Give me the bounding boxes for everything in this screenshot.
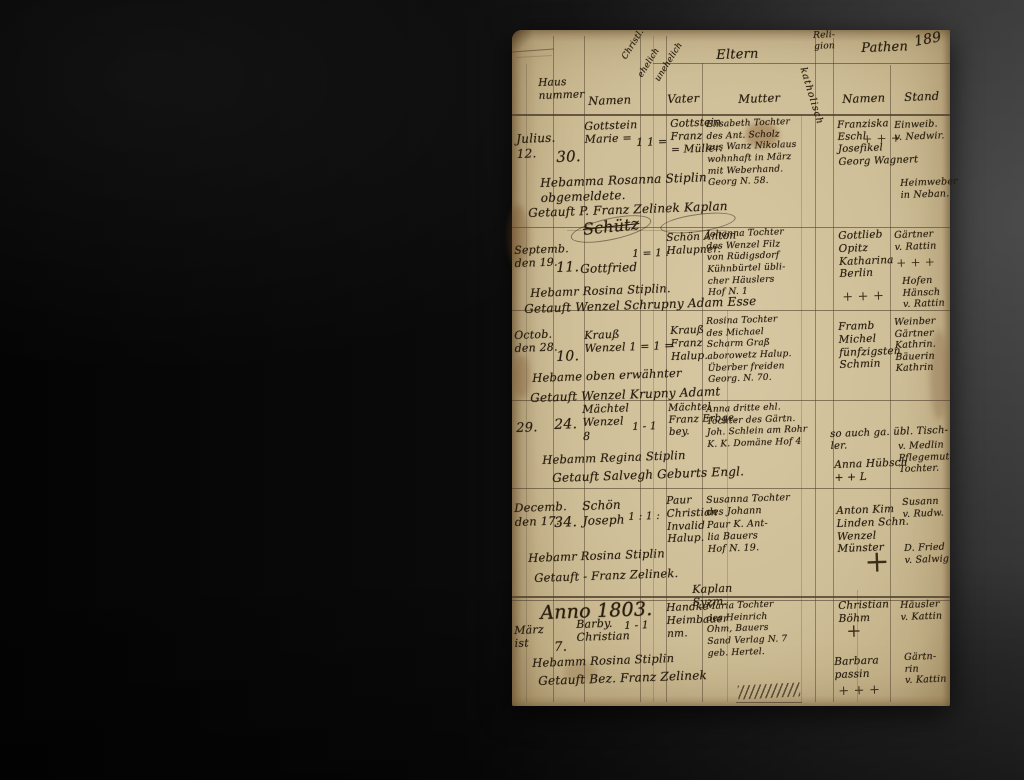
header-religion: Reli- gion <box>809 30 840 53</box>
house-number: 11. <box>556 259 579 277</box>
house-number: 30. <box>556 147 581 166</box>
witness-cross: + <box>846 623 862 640</box>
witness-crosses: + + + <box>842 291 884 304</box>
header-diag-christlich: Christl. <box>620 28 647 62</box>
child-name: Schön Joseph <box>582 498 625 529</box>
ink-flourish <box>738 682 801 699</box>
godparent-stand: Gärtner v. Rattin <box>894 229 937 254</box>
grid-line-horizontal <box>512 114 950 116</box>
entry-date: März ist <box>514 623 545 651</box>
child-name: Mächtel Wenzel 8 <box>582 401 630 443</box>
grid-line-horizontal <box>653 63 950 64</box>
grid-line-vertical <box>833 38 834 702</box>
entry-date: 29. <box>516 420 538 437</box>
godparents-names: Framb Michel fünfzigsten Schmin <box>838 319 901 372</box>
witness-cross: + <box>864 548 890 576</box>
entry-date: Julius. 12. <box>516 131 556 162</box>
child-name: Gottstein Marie = <box>584 118 638 147</box>
father-entry: Krauß Franz Halup. <box>670 324 708 364</box>
child-name: Gottfried <box>580 260 638 277</box>
mother-entry: Maria Tochter des Heinrich Ohm, Bauers S… <box>706 599 788 660</box>
register-page: Eltern Reli- gion katholisch Pathen 189 … <box>512 30 950 706</box>
godparent-stand: Weinber Gärtner Kathrin. Bäuerin Kathrin <box>894 316 937 375</box>
legitimacy-tally: 1 = 1 : <box>632 247 670 261</box>
grid-line-horizontal <box>512 488 950 489</box>
margin-dash <box>516 55 552 58</box>
godparent-stand: Häusler v. Kattin <box>900 599 942 624</box>
header-namen-pathen: Namen <box>842 90 886 106</box>
header-haus-nummer: Haus nummer <box>538 75 585 102</box>
house-number: 10. <box>556 348 579 366</box>
child-name: Barby. Christian <box>576 616 630 645</box>
godparents-names-2: Barbara passin <box>834 654 880 681</box>
header-eltern: Eltern <box>716 47 759 64</box>
godparents-names: Gottlieb Opitz Katharina Berlin <box>838 228 894 281</box>
godparent-stand: Susann v. Rudw. <box>902 496 944 521</box>
godparent-stand-2: Gärtn- rin v. Kattin <box>904 651 947 687</box>
baptism-note: Getauft Salvegh Geburts Engl. <box>552 464 744 485</box>
legitimacy-tally: 1 - 1 <box>632 420 657 434</box>
legitimacy-tally: 1 - 1 <box>624 619 649 633</box>
photo-background: { "page_number": "189", "header": { "elt… <box>0 0 1024 780</box>
house-number: 34. <box>554 514 577 532</box>
godparents-names-2: Anna Hübsch + + L <box>834 456 908 484</box>
grid-line-vertical <box>815 38 816 702</box>
header-mutter: Mutter <box>738 91 780 106</box>
paper-stain <box>514 355 530 399</box>
witness-crosses: + + + <box>896 257 935 269</box>
mother-entry: Rosina Tochter des Michael Scharm Graß a… <box>706 314 793 387</box>
entry-date: Octob. den 28. <box>514 327 558 355</box>
header-namen: Namen <box>588 92 632 108</box>
page-number: 189 <box>913 29 943 51</box>
legitimacy-tally: 1 : 1 : <box>628 510 660 524</box>
godparent-stand-2: Heimweber in Neban. <box>900 176 959 201</box>
mother-entry: Elisabeth Tochter des Ant. Scholz aus Wa… <box>706 117 798 190</box>
midwife-note: Hebamm Regina Stiplin <box>542 448 686 467</box>
legitimacy-tally: 1 1 = <box>636 135 668 149</box>
godparent-stand: v. Medlin Pflegemut. Tochter. <box>898 439 953 476</box>
ink-flourish <box>736 702 802 703</box>
godparent-stand-2: Hofen Hänsch v. Rattin <box>902 275 945 311</box>
mother-entry: Johanna Tochter des Wenzel Filz von Rüdi… <box>706 227 786 300</box>
baptism-note: Getauft - Franz Zelinek. <box>534 566 679 585</box>
midwife-note: Hebame oben erwähnter <box>532 366 682 385</box>
header-pathen: Pathen <box>861 39 908 56</box>
mother-entry: Susanna Tochter des Johann Paur K. Ant- … <box>706 492 792 557</box>
witness-crosses: + + + <box>838 685 880 698</box>
margin-dash <box>512 49 554 53</box>
header-vater: Vater <box>667 91 700 106</box>
godparent-stand-2: D. Fried v. Salwig <box>904 541 949 566</box>
midwife-note: Hebamr Rosina Stiplin <box>528 546 665 565</box>
godparent-stand: Einweib. v. Nedwir. <box>894 118 945 143</box>
house-number: 7. <box>554 640 567 656</box>
house-number: 24. <box>554 416 577 434</box>
child-name: Krauß Wenzel 1 = 1 = <box>584 326 674 356</box>
header-stand: Stand <box>904 89 940 104</box>
mother-entry: Anna dritte ehl. Tochter des Gärtn. Joh.… <box>706 401 808 451</box>
